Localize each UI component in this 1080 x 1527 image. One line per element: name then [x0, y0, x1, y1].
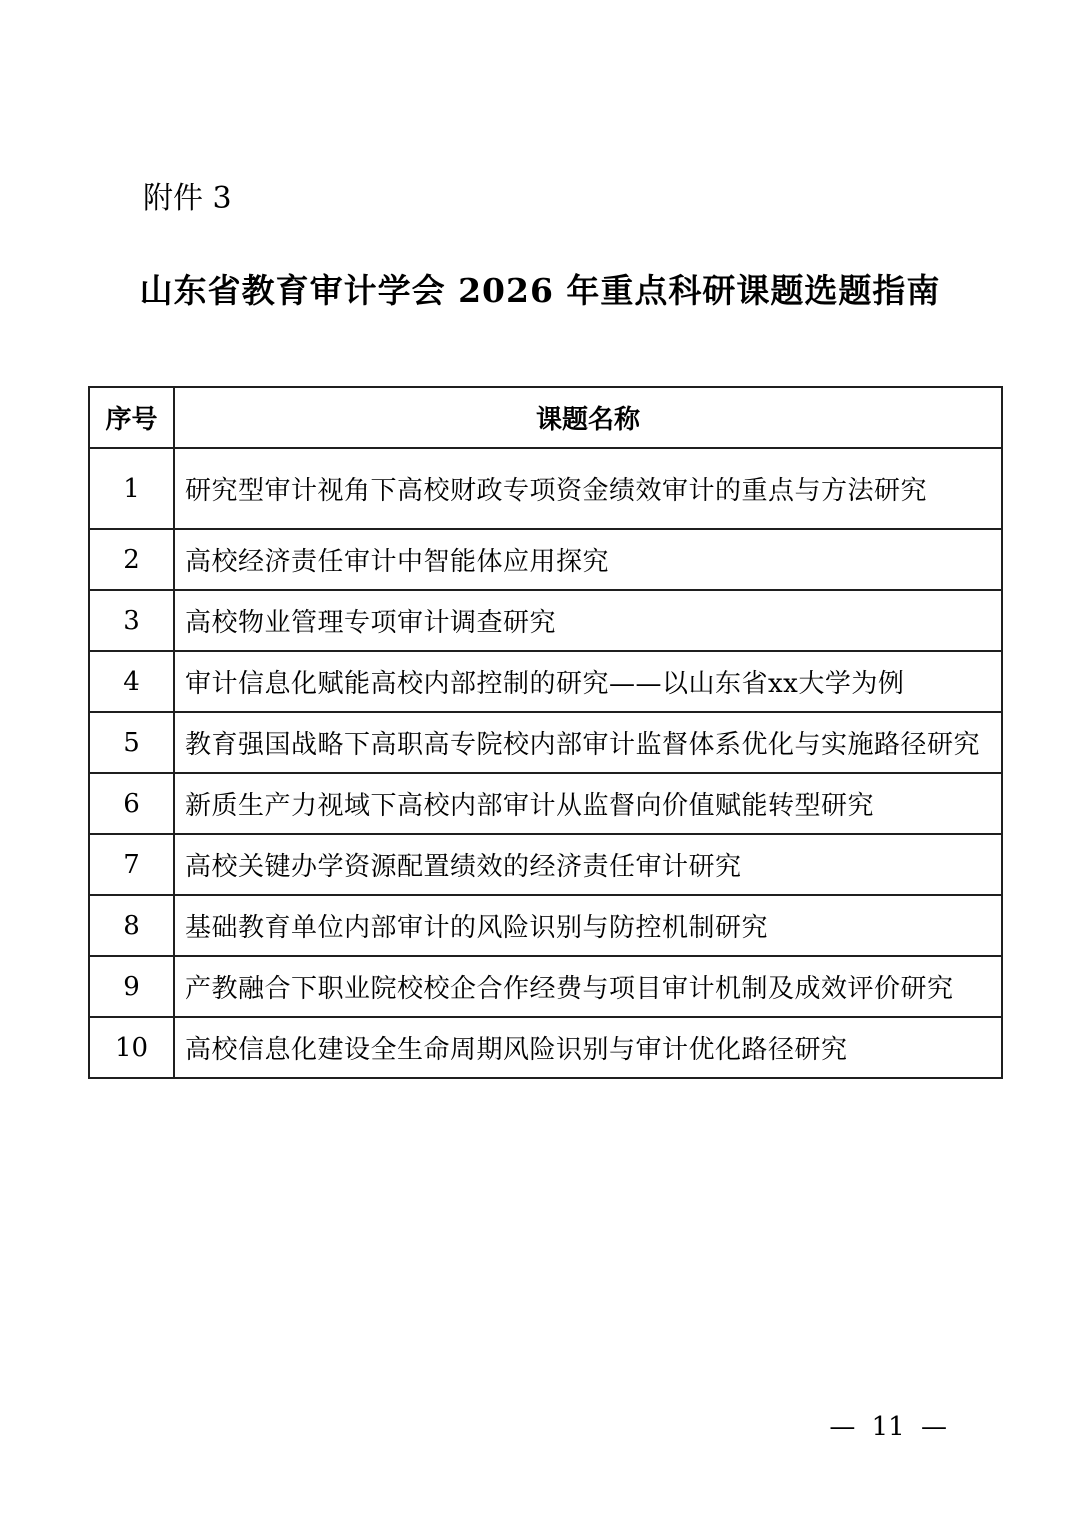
topics-table: 序号 课题名称 1 研究型审计视角下高校财政专项资金绩效审计的重点与方法研究 2…	[88, 386, 1003, 1079]
row-number: 3	[89, 590, 174, 651]
page-number: — 11 —	[829, 1412, 947, 1442]
row-topic: 高校信息化建设全生命周期风险识别与审计优化路径研究	[174, 1017, 1002, 1078]
document-page: 附件 3 山东省教育审计学会 2026 年重点科研课题选题指南 序号 课题名称 …	[0, 0, 1080, 1527]
row-number: 9	[89, 956, 174, 1017]
table-row: 2 高校经济责任审计中智能体应用探究	[89, 529, 1002, 590]
row-number: 2	[89, 529, 174, 590]
row-number: 1	[89, 448, 174, 529]
page-title: 山东省教育审计学会 2026 年重点科研课题选题指南	[0, 268, 1080, 314]
row-topic: 基础教育单位内部审计的风险识别与防控机制研究	[174, 895, 1002, 956]
table-row: 3 高校物业管理专项审计调查研究	[89, 590, 1002, 651]
row-number: 8	[89, 895, 174, 956]
row-topic: 高校关键办学资源配置绩效的经济责任审计研究	[174, 834, 1002, 895]
row-number: 7	[89, 834, 174, 895]
table-row: 4 审计信息化赋能高校内部控制的研究——以山东省xx大学为例	[89, 651, 1002, 712]
row-topic: 产教融合下职业院校校企合作经费与项目审计机制及成效评价研究	[174, 956, 1002, 1017]
table-row: 7 高校关键办学资源配置绩效的经济责任审计研究	[89, 834, 1002, 895]
row-topic: 高校物业管理专项审计调查研究	[174, 590, 1002, 651]
row-number: 10	[89, 1017, 174, 1078]
table-header-row: 序号 课题名称	[89, 387, 1002, 448]
row-topic: 审计信息化赋能高校内部控制的研究——以山东省xx大学为例	[174, 651, 1002, 712]
table-row: 9 产教融合下职业院校校企合作经费与项目审计机制及成效评价研究	[89, 956, 1002, 1017]
table-row: 5 教育强国战略下高职高专院校内部审计监督体系优化与实施路径研究	[89, 712, 1002, 773]
row-topic: 研究型审计视角下高校财政专项资金绩效审计的重点与方法研究	[174, 448, 1002, 529]
table-row: 6 新质生产力视域下高校内部审计从监督向价值赋能转型研究	[89, 773, 1002, 834]
header-cell-topic: 课题名称	[174, 387, 1002, 448]
row-topic: 高校经济责任审计中智能体应用探究	[174, 529, 1002, 590]
table-row: 1 研究型审计视角下高校财政专项资金绩效审计的重点与方法研究	[89, 448, 1002, 529]
row-topic: 教育强国战略下高职高专院校内部审计监督体系优化与实施路径研究	[174, 712, 1002, 773]
row-number: 5	[89, 712, 174, 773]
table-row: 8 基础教育单位内部审计的风险识别与防控机制研究	[89, 895, 1002, 956]
attachment-label: 附件 3	[143, 180, 232, 218]
row-number: 6	[89, 773, 174, 834]
table-row: 10 高校信息化建设全生命周期风险识别与审计优化路径研究	[89, 1017, 1002, 1078]
header-cell-no: 序号	[89, 387, 174, 448]
row-number: 4	[89, 651, 174, 712]
row-topic: 新质生产力视域下高校内部审计从监督向价值赋能转型研究	[174, 773, 1002, 834]
